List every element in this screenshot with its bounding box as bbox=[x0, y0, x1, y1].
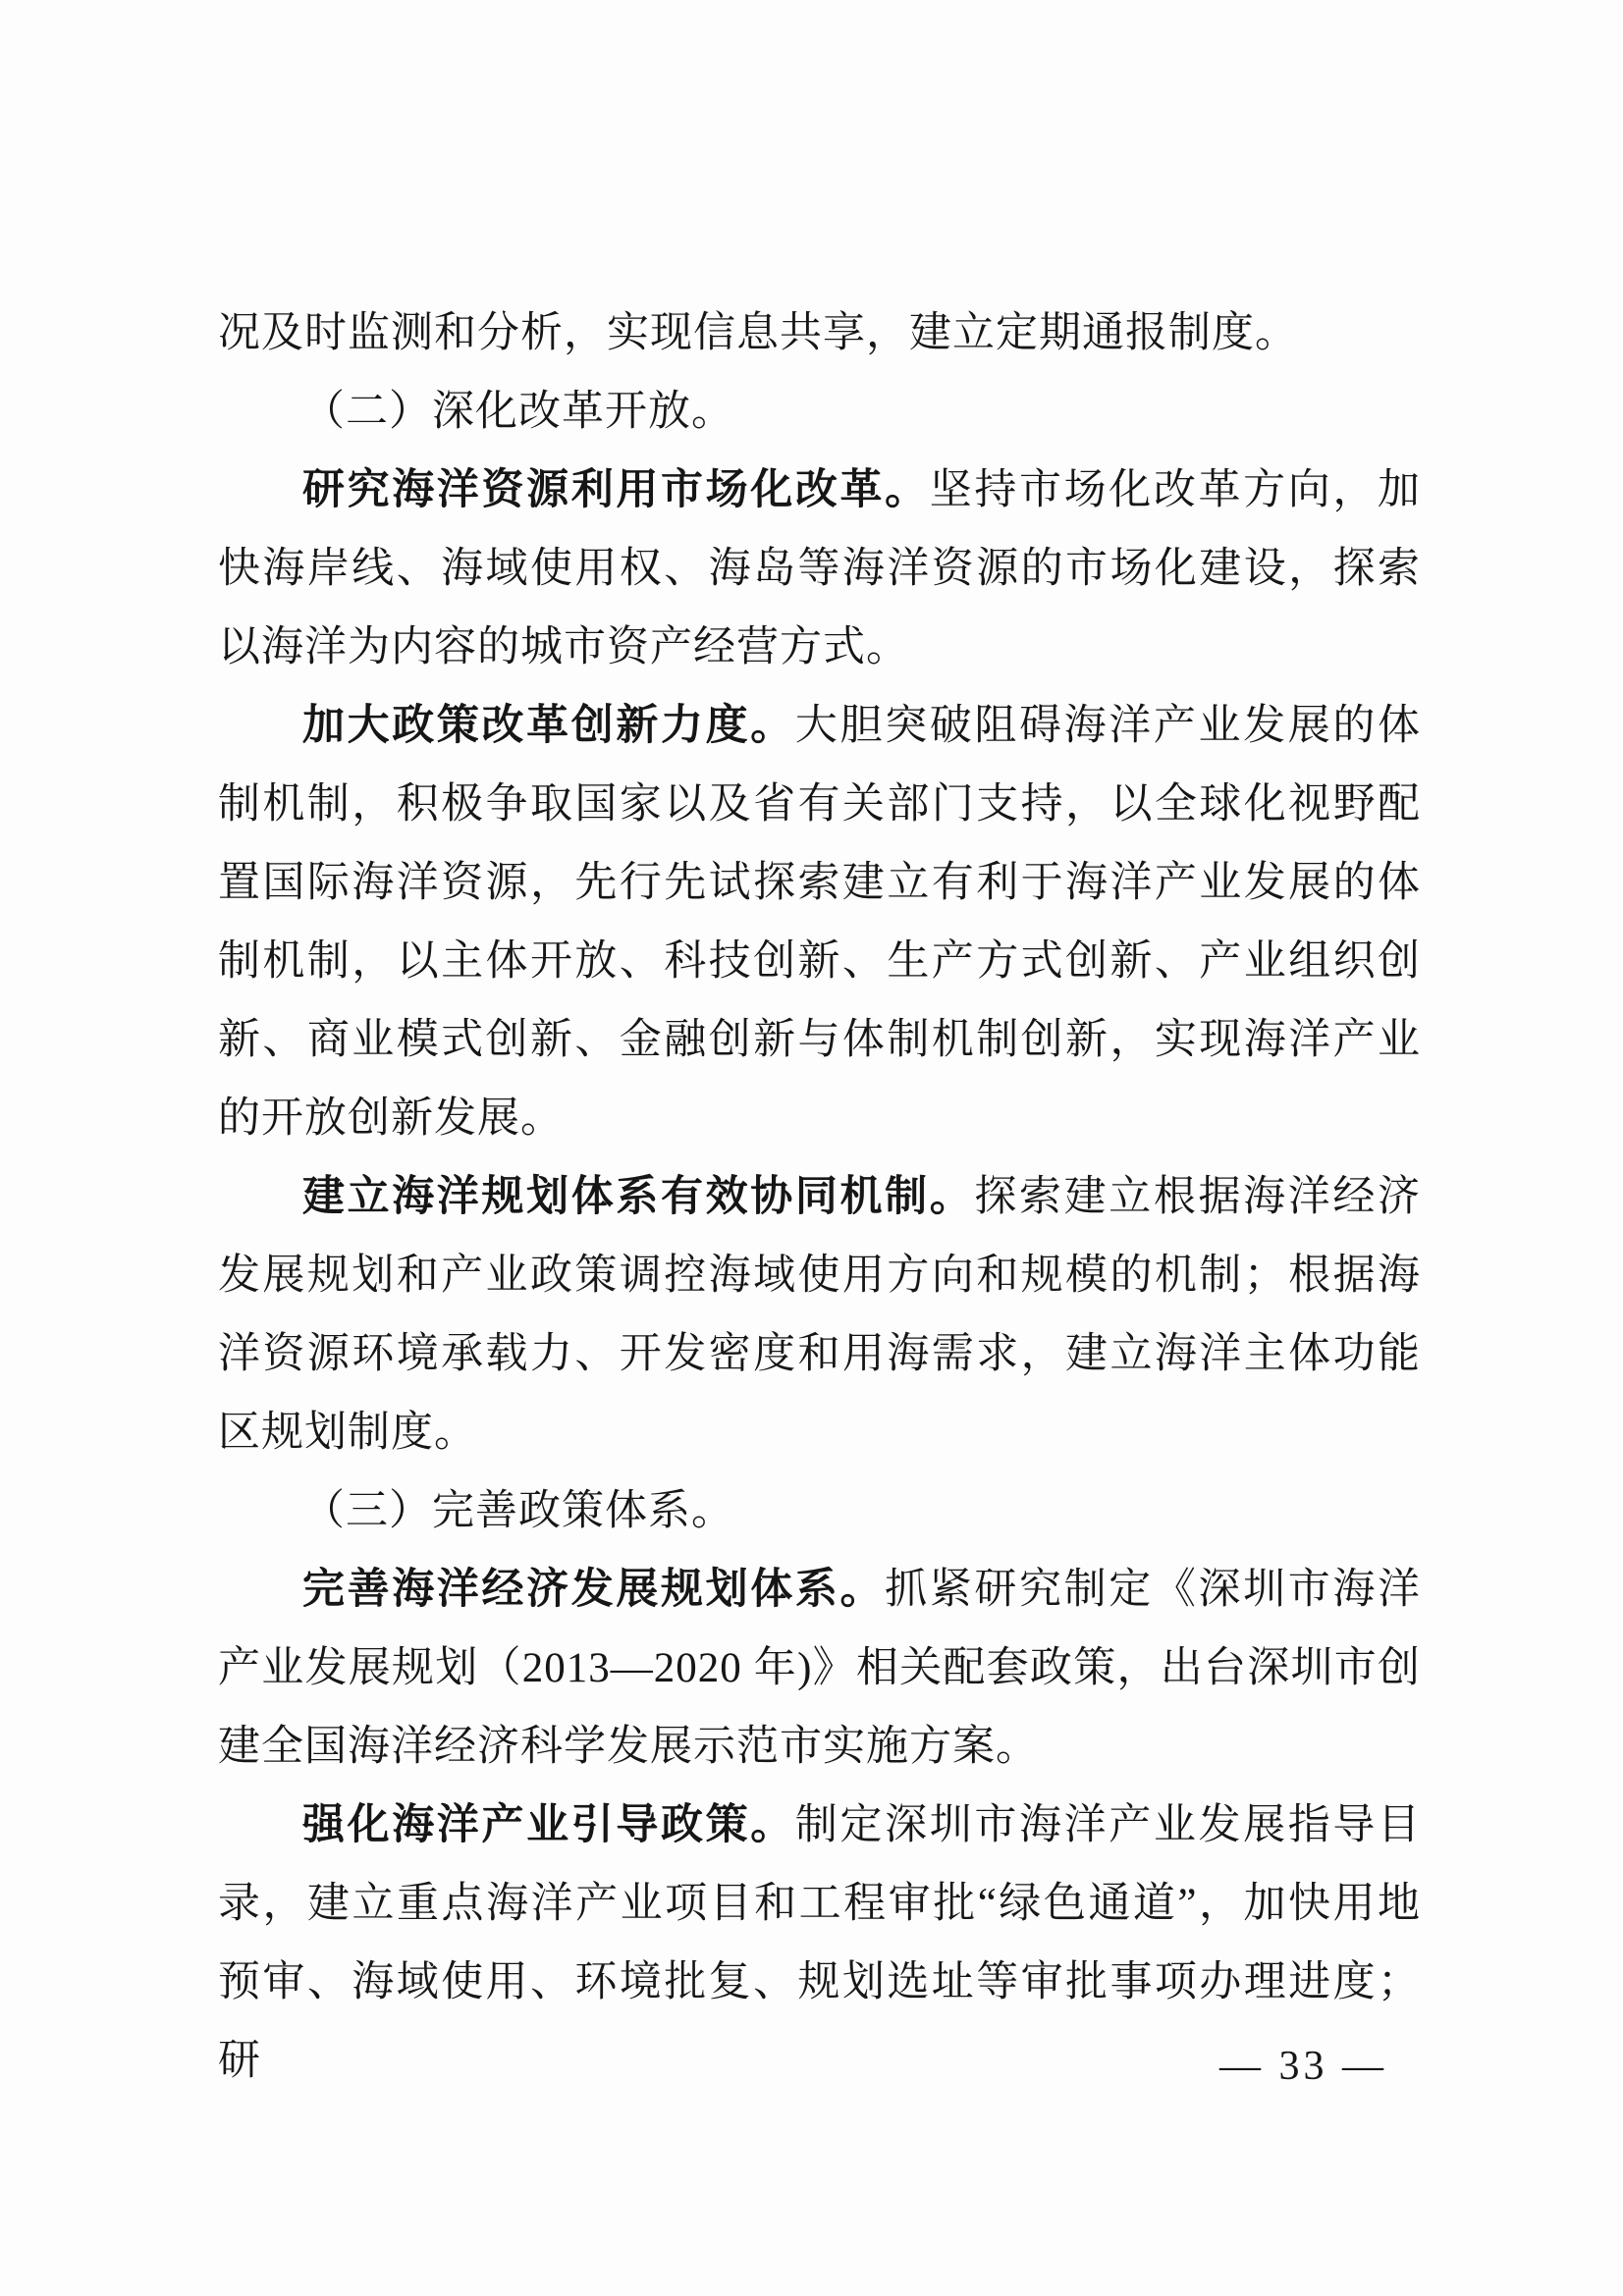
paragraph-market-reform: 研究海洋资源利用市场化改革。坚持市场化改革方向，加快海岸线、海域使用权、海岛等海… bbox=[218, 452, 1421, 687]
section-heading-3: （三）完善政策体系。 bbox=[218, 1472, 1421, 1551]
paragraph-lead: 建立海洋规划体系有效协同机制。 bbox=[302, 1174, 974, 1220]
paragraph-text: 况及时监测和分析，实现信息共享，建立定期通报制度。 bbox=[218, 310, 1298, 356]
paragraph-lead: 完善海洋经济发展规划体系。 bbox=[302, 1567, 885, 1613]
paragraph-planning-coordination: 建立海洋规划体系有效协同机制。探索建立根据海洋经济发展规划和产业政策调控海域使用… bbox=[218, 1158, 1421, 1472]
section-heading-2: （二）深化改革开放。 bbox=[218, 373, 1421, 452]
page-number: — 33 — bbox=[1219, 2042, 1387, 2091]
paragraph-lead: 研究海洋资源利用市场化改革。 bbox=[302, 467, 930, 513]
paragraph-continuation: 况及时监测和分析，实现信息共享，建立定期通报制度。 bbox=[218, 294, 1421, 373]
paragraph-policy-innovation: 加大政策改革创新力度。大胆突破阻碍海洋产业发展的体制机制，积极争取国家以及省有关… bbox=[218, 687, 1421, 1158]
document-body: 况及时监测和分析，实现信息共享，建立定期通报制度。 （二）深化改革开放。 研究海… bbox=[218, 294, 1421, 2101]
paragraph-lead: 强化海洋产业引导政策。 bbox=[302, 1802, 795, 1848]
section-heading-text: （三）完善政策体系。 bbox=[302, 1488, 734, 1534]
document-page: 况及时监测和分析，实现信息共享，建立定期通报制度。 （二）深化改革开放。 研究海… bbox=[0, 0, 1623, 2296]
paragraph-planning-system: 完善海洋经济发展规划体系。抓紧研究制定《深圳市海洋产业发展规划（2013—202… bbox=[218, 1551, 1421, 1787]
paragraph-text: 大胆突破阻碍海洋产业发展的体制机制，积极争取国家以及省有关部门支持，以全球化视野… bbox=[218, 703, 1421, 1142]
section-heading-text: （二）深化改革开放。 bbox=[302, 389, 734, 435]
paragraph-lead: 加大政策改革创新力度。 bbox=[302, 703, 795, 749]
